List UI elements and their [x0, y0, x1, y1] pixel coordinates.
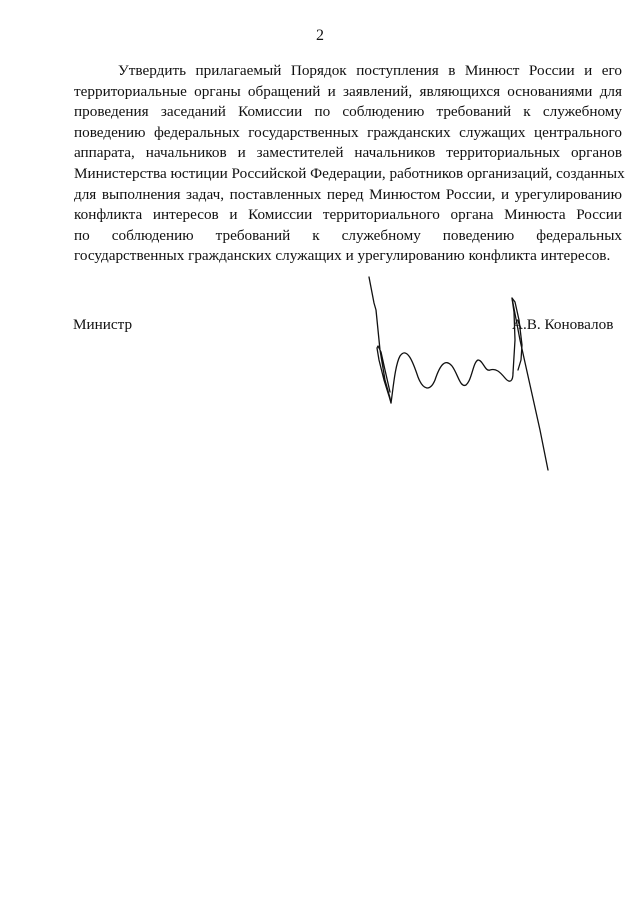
signatory-name: А.В. Коновалов: [512, 316, 613, 334]
page-number: 2: [0, 27, 640, 45]
signatory-role: Министр: [73, 316, 132, 334]
paragraph-line: Министерства юстиции Российской Федераци…: [74, 164, 622, 185]
paragraph-line: территориальные органы обращений и заявл…: [74, 82, 622, 103]
order-paragraph: Утвердить прилагаемый Порядок поступлени…: [74, 61, 622, 267]
paragraph-line: государственных гражданских служащих и у…: [74, 246, 622, 267]
paragraph-line: конфликта интересов и Комиссии территори…: [74, 205, 622, 226]
paragraph-line: аппарата, начальников и заместителей нач…: [74, 143, 622, 164]
paragraph-line: проведения заседаний Комиссии по соблюде…: [74, 102, 622, 123]
paragraph-line: для выполнения задач, поставленных перед…: [74, 185, 622, 206]
paragraph-line: поведению федеральных государственных гр…: [74, 123, 622, 144]
paragraph-line: по соблюдению требований к служебному по…: [74, 226, 622, 247]
paragraph-line: Утвердить прилагаемый Порядок поступлени…: [74, 61, 622, 82]
